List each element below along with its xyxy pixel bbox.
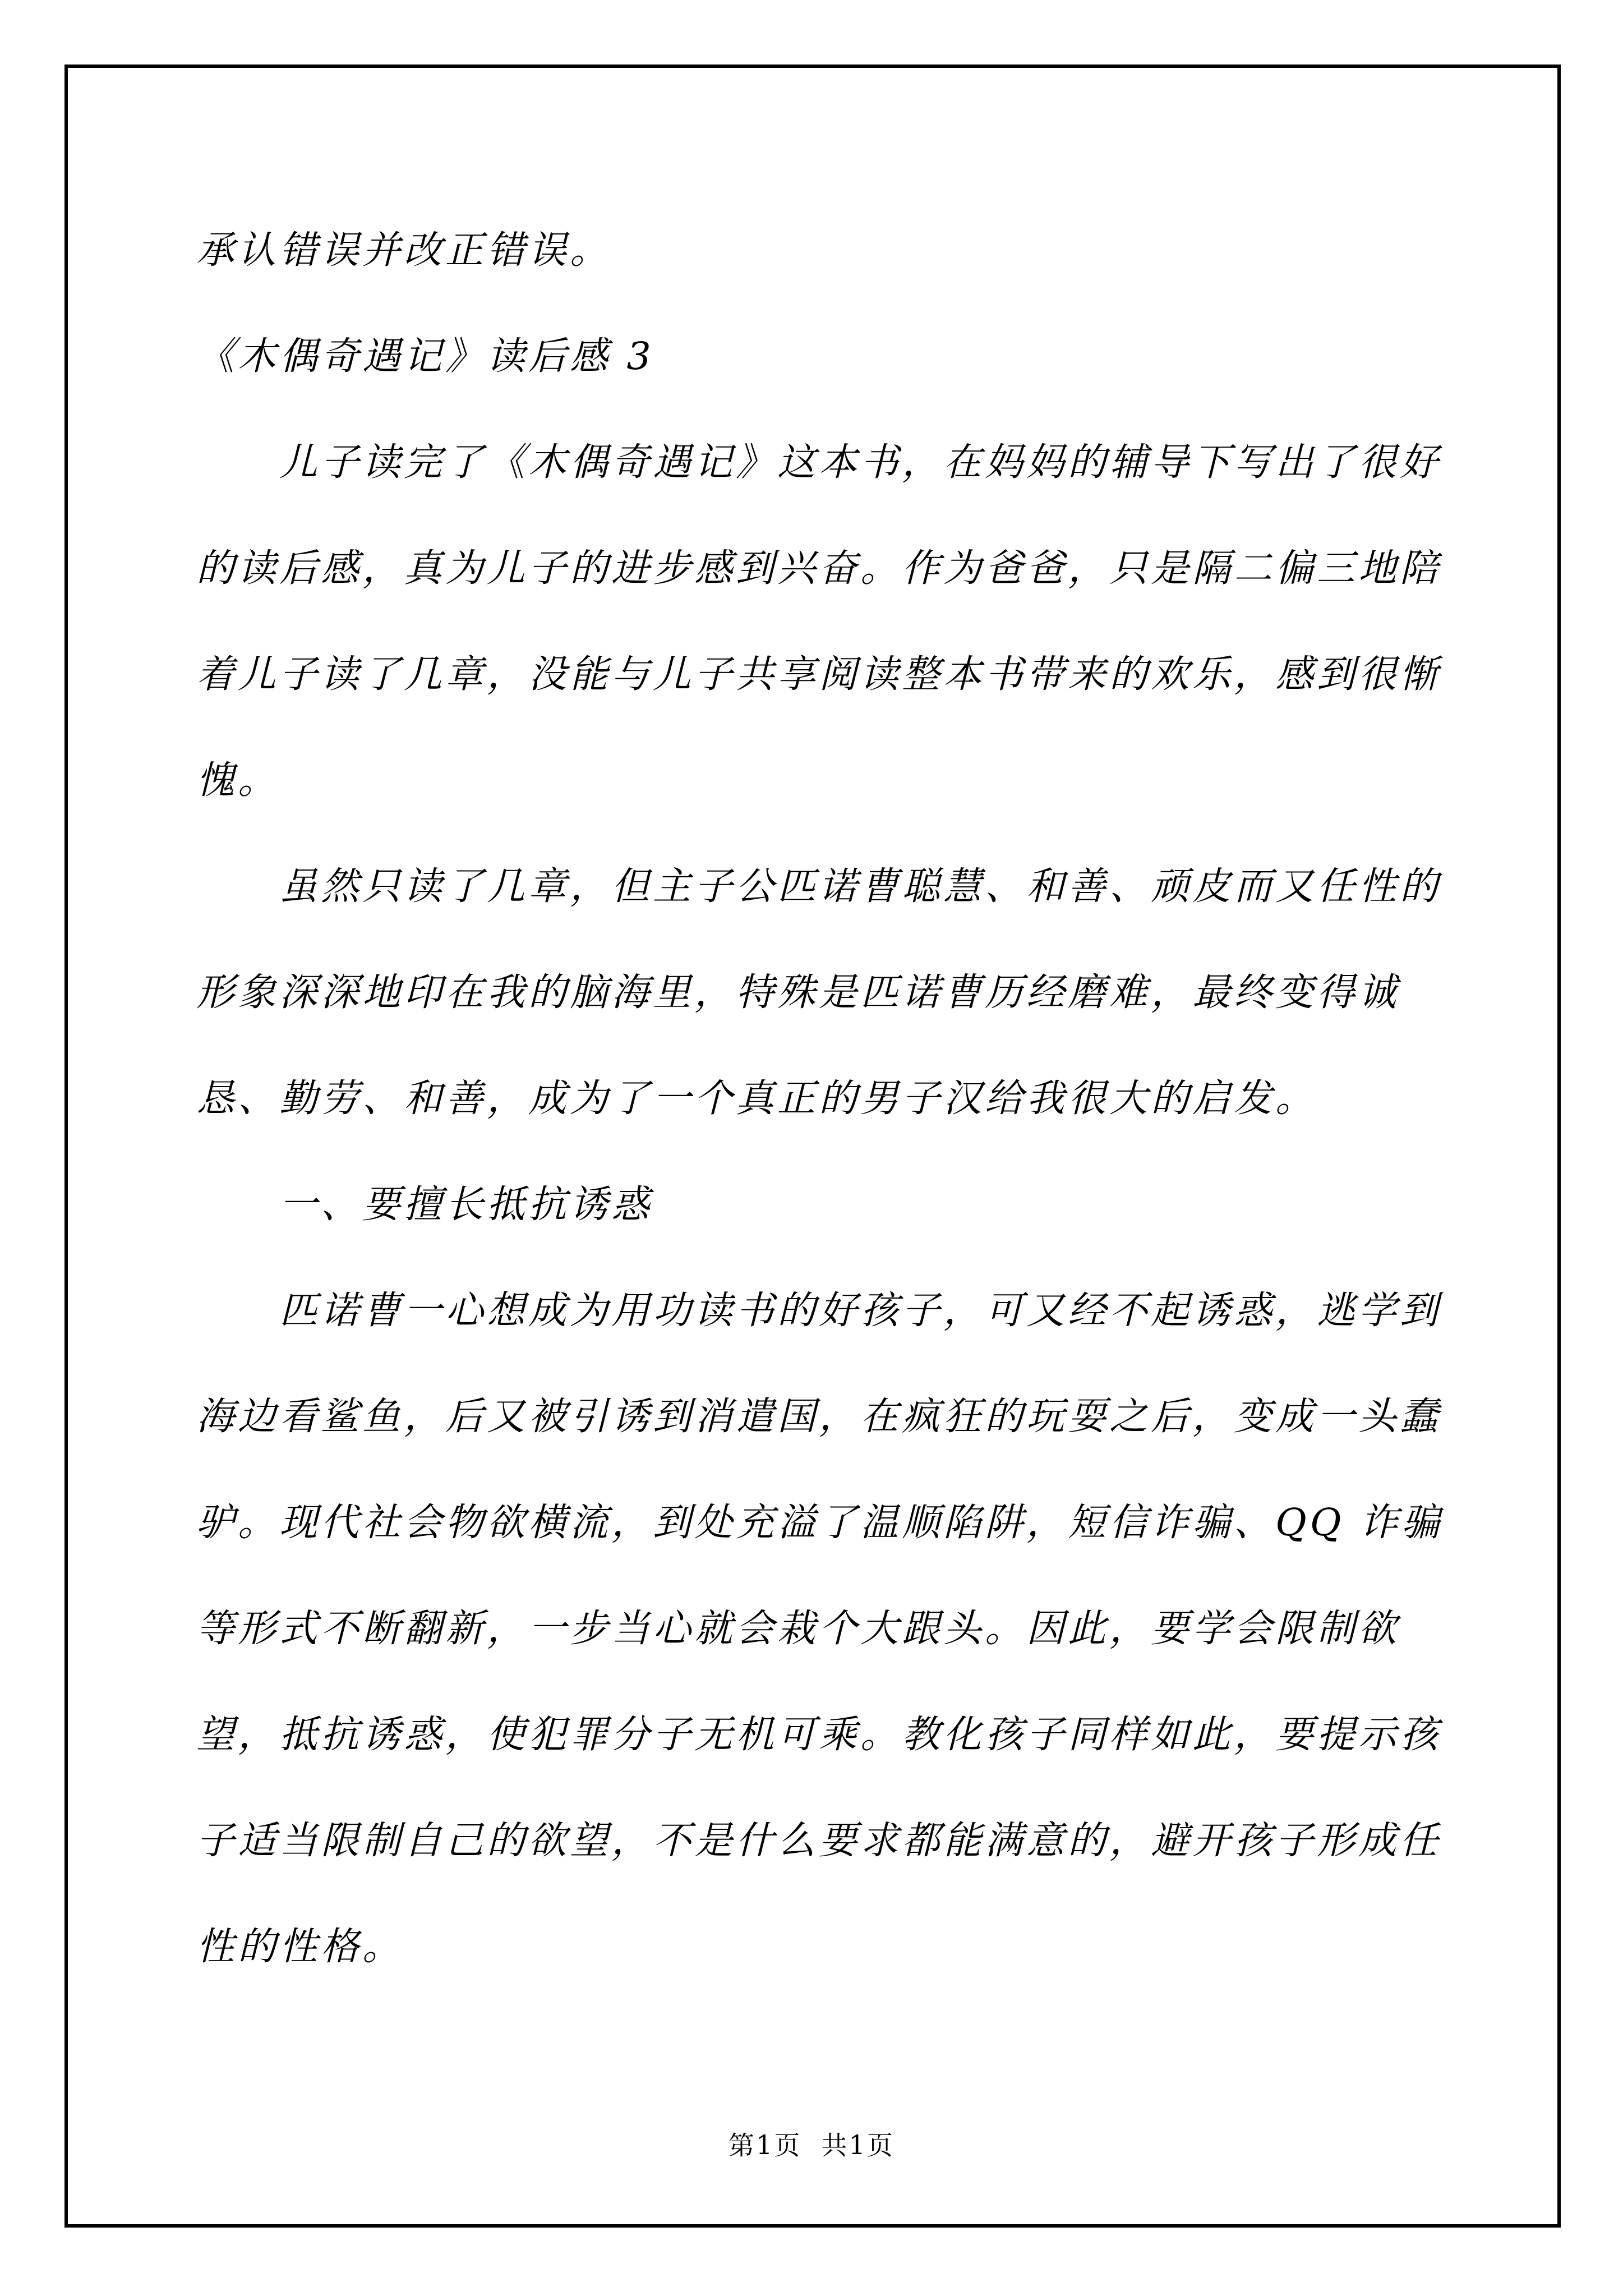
paragraph: 一、要擅长抵抗诱惑 (196, 1152, 1448, 1258)
document-body: 承认错误并改正错误。 《木偶奇遇记》读后感 3 儿子读完了《木偶奇遇记》这本书，… (196, 197, 1448, 2000)
paragraph: 匹诺曹一心想成为用功读书的好孩子，可又经不起诱惑，逃学到海边看鲨鱼，后又被引诱到… (196, 1258, 1448, 2000)
document-page: 承认错误并改正错误。 《木偶奇遇记》读后感 3 儿子读完了《木偶奇遇记》这本书，… (0, 0, 1623, 2296)
paragraph: 《木偶奇遇记》读后感 3 (196, 303, 1448, 409)
page-number-footer: 第1页 共1页 (0, 2125, 1623, 2162)
paragraph: 虽然只读了几章，但主子公匹诺曹聪慧、和善、顽皮而又任性的形象深深地印在我的脑海里… (196, 834, 1448, 1152)
paragraph: 儿子读完了《木偶奇遇记》这本书，在妈妈的辅导下写出了很好的读后感，真为儿子的进步… (196, 409, 1448, 834)
paragraph: 承认错误并改正错误。 (196, 197, 1448, 303)
